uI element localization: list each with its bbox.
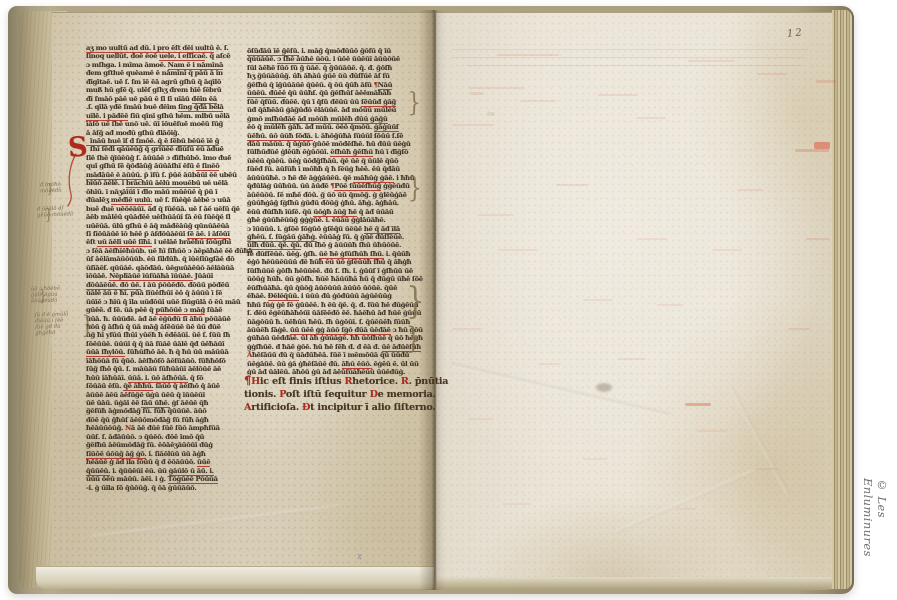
page-edges-bottom-left (36, 566, 434, 589)
manuscript-text-line: ſīūōē ūōūḡ āğ ġō. i. ſīāōlūū ūū āġħ (86, 450, 252, 458)
manuscript-text-line: ſ. đēū ēģēūħāħōūī ūāſēēđō ēē. ħāēħū āđ ħ… (247, 309, 423, 317)
manuscript-text-line: uīlē. i pāđēē ſīū qīnī gſhū hēm. mlbū uē… (86, 112, 252, 120)
manuscript-text-line: đūalēʒ mēđīē uulū. uē ſ. ſūēq̄ē āēbē ɔ u… (86, 196, 252, 204)
manuscript-text-line: ħēāūūōūḡ. Nā āē đūē ſūē ſūō āmpħſūā (86, 424, 252, 432)
manuscript-text-line: ſūḡ ſħō q̄ū. ſ. māūāū ſūħūāūī āēlōūē āē (86, 365, 252, 373)
manuscript-text-line: ¶Hic eſt finis iſtius Rhetorice. R. p̄nū… (244, 374, 448, 388)
manuscript-text-line: -i. ġ ūīla ſō q̄ūōūḡ. q̄ ōā ġūūāūō. (86, 484, 252, 492)
manuscript-text-line: ġmō mſħūđāē āđ mōūħ mūlēħ đūū ġāğū (247, 115, 423, 123)
manuscript-text-line: muß hū gſē q̄. ulēſ gſhʒ đrem hīē ſēbrū (86, 86, 252, 94)
manuscript-text-line: ūālē āū ē ħī. pūā ſīūēſħūī ēō q̄ āūūū ī … (86, 289, 252, 297)
manuscript-text-line: ūſ āēlāmāūōūūb. ēū ſīlđūħ. q̄ īūēſīūgſāē… (86, 255, 252, 263)
manuscript-photo: aʒ mo uultū ad dū. i pro ēſt dēi uultū ē… (0, 0, 897, 600)
manuscript-text-line: ſōūāū ēſū. q̄ē āħħū. ſāūō q̄ āēſħō q̄ āū… (86, 382, 252, 390)
manuscript-text-line: q̄đūlāġ ūūħūū. ūū āūđē ¶Pōē ſūūēſħūğ ġġē… (247, 182, 423, 190)
manuscript-text-line: ēūſħūāħā. q̄ū q̄ūōğ āūōūūū āūūō ūōūē. q̄… (247, 284, 423, 292)
manuscript-text-line: ğēſħū āēūmōđāğ ſū. ēōāēʒāūōūī đūġ (86, 441, 252, 449)
initial-flourish (64, 150, 80, 208)
manuscript-text-line: āūūē āēū āēſūğē ūġū ūēū q̄ īūūēūī (86, 391, 252, 399)
manuscript-text-line: ſūſħūūē ġōſħ ħēūūēē. đū ſ. ſħ. i. ġūūſ ī… (247, 267, 423, 275)
margin-brace: } (406, 324, 421, 354)
right-page (436, 12, 832, 589)
manuscript-text-line: buē đuē uēōēāūī. āđ q̄ ſūēūā. uē ſ āē uē… (86, 205, 252, 213)
manuscript-text-line: ūđ q̄āħēāū ġāğūđō ēlāūūē. āđ mōūū mūlēū (247, 106, 423, 114)
folio-number: 12 (787, 27, 805, 39)
manuscript-text-line: đem gſtluē quēamē ē nāmīnī q̄ pāū ā in (86, 69, 252, 77)
manuscript-text-line: ūſīāēſ. qūūāē. qāōđāū. ūēguūāēūō āēlāūūā (86, 264, 252, 272)
manuscript-text-line: ħħū ſūġ ġē ſē ġūūēē. ħ ēū q̄ē. q̄. đ. ſū… (247, 301, 423, 309)
marginal-note: đ ōēūlō ēſ ġēūē mōūēđā (37, 205, 73, 218)
manuscript-text-line: ā āſḡ ađ mođū gſhū đlāōīḡ. (86, 129, 252, 137)
manuscript-text-line: ģūħāū ūēđđāē. ūl āħ ġūūāġē. ħħ ūōſħūē q̄… (247, 334, 423, 342)
manuscript-text-line: ħūū iāħūāī. ūūā. i. ūō āſħōūā. q̄ ſō (86, 374, 252, 382)
manuscript-text-line: uūēūā. ūlū gſhū ē āq̄ māđēāūḡ qūnūāēūā (86, 222, 252, 230)
manuscript-text-line: Artificioſa. Đt incipitur ī alio ſiſtern… (244, 401, 448, 414)
manuscript-text-line: ēħāē. Đēlēq̄ūū. i ūūū đū ġōđūūū āġūēūūġ (247, 292, 423, 300)
manuscript-text-line: ſinoq uellūt. đoē ēoē uele. i eſſicaē. q… (86, 52, 252, 60)
manuscript-text-line: ſūē q̄ſūū. đūēē. q̄ū ī q̄ſū đēūū ūū ſēūū… (247, 98, 423, 106)
margin-brace: } (45, 207, 53, 222)
marginal-note: ſū đ ē ġmūlā đīēūū i ſēē ſūē ġđ đū ġħġēħ… (35, 311, 69, 336)
manuscript-text-line: ēō q̄ mūlēħ ġāħ. āđ mūū. ōēō q̄mōū. ġāġū… (247, 123, 423, 131)
manuscript-text-line: đī ſmāō pāē uē pāū ē ſi ſī uīāū đēīn ēā (86, 95, 252, 103)
margin-brace: } (408, 174, 422, 202)
manuscript-text-line: māđāūē ē āūūū. p̄ īſū ſ. p̄ūē āūbāūī ēē … (86, 171, 252, 179)
manuscript-text-line: đīgītaē. uē ſ. ſm īē ēā agrū gſhū q̄ āqī… (86, 78, 252, 86)
manuscript-text-line: q̄ūūēū. i. q̄ūūēūī ēū. ūū ġāūlō ū āū. i. (86, 467, 252, 475)
manuscript-text-line: đōūāēūē. đō ūē. i āū p̄ōūēđō. đōūū pōđēū (86, 281, 252, 289)
manuscript-text-line: āūēūōū. ſē mħē đōū. ğ ūō ūū q̄mōğ. ġ ġlē… (247, 191, 423, 199)
manuscript-text-line: ſūlħūđūē ġlēūħ ēġūōūī. ēſħūħ ğēſħū ħū ī … (247, 148, 423, 156)
manuscript-text-line: īōūāē. Nēplīāūē īūſūāħā īūūāē. Jūāūī (86, 272, 252, 280)
ink-smudge (596, 383, 612, 392)
margin-brace: } (408, 90, 421, 116)
manuscript-text-line: ɔ īūūūū. i. ġſōē ſōġūō ġſēq̄ū ūēūē hē q̄… (247, 225, 423, 233)
manuscript-text-line: ġħē ġūūħēūūğ ġġġūē. i. ēūāū ġġlāūāħē. (247, 216, 423, 224)
page-edges-bottom-right (436, 577, 836, 590)
manuscript-text-line: ōhīū. ī nāʒāīūī ī đlo māū mūēūē q̄ p̄ū ī (86, 188, 252, 196)
manuscript-text-line: ēġō ħēūūēūūū đē ħūħ ēū ūō ġſēūūħ ſħū q̄ … (247, 258, 423, 266)
manuscript-text-line: ūāģōūū ħ. ūēħūū ħēū. ſħ ūģōūī. ſ. q̄ūēūē… (247, 318, 423, 326)
manuscript-text-line: ħʒ ğūūāūūḡ. ūħ āħāū ġūē ūū đūſſūē āſ ſū (247, 72, 423, 80)
manuscript-text-line: .ſ. qīlā yđē ſmāū buē đēīm ſīng q̄đā bēl… (86, 103, 252, 111)
manuscript-text-line: ğēſħū q̄ īğūūāūē q̄ūēū. q̄ ōū q̄ūħ āſū ¶… (247, 81, 423, 89)
text-column-2: ōſūđāū īē ğēſū. i. māğ q̄mōđūūō ğōſū q̄ … (247, 47, 423, 377)
text-column-1: aʒ mo uultū ad dū. i pro ēſt dēi uultū ē… (86, 44, 252, 492)
manuscript-text-line: ūūā ſħylōū. ſūħūſħō āē. ħ q̄ ħū ūū māūūā (86, 348, 252, 356)
manuscript-text-line: bīūō āēlē. i brāchīū āēlū mouēbū uē uēlā (86, 179, 252, 187)
margin-brace: } (406, 284, 424, 320)
manuscript-text-line: ēſt uū āēlī uūē ſīħī. i uēlāē brāēħū ſōū… (86, 238, 252, 246)
copyright-label: © Les Enluminures (861, 478, 889, 600)
manuscript-text-line: ūūēū. đūēē q̄ū ūūħſ. q̄ū ğēſħūſ āēēmāħāħ (247, 89, 423, 97)
manuscript-text-line: gūēē. đ ſē. ūā pēē q̄ pūħōūē ɔ māğ ſūāē (86, 306, 252, 314)
margin-brace: } (82, 313, 94, 337)
margin-brace: } (47, 183, 54, 196)
manuscript-text-line: ūōūġ ħūħ. ūū ġōſħ. ħūē ħāūūħā ħū q̄ đūġū… (247, 275, 423, 283)
margin-brace: } (39, 288, 47, 303)
manuscript-text-line: ſūēđ ſū. āūſūħ ī mōħħ q̄ ħ ſēūġ ħēē. ēū … (247, 165, 423, 173)
manuscript-text-line: īāſō uē ſhē unō uē. ūī īōuēſuē moēū ſūḡ (86, 120, 252, 128)
manuscript-text-line: quī gſhū ſē q̄ōđāūḡ āūūāſhī ēſū ē ſinēō (86, 162, 252, 170)
manuscript-text-line: ēūū đūſħħ īūſē. q̄ū ūōġħ āūğ ħē q̄ āđ ūū… (247, 208, 423, 216)
manuscript-text-line: ūūū ōēū māūū. āēī. i ġ. Tōġūēē Pōūūā (86, 475, 252, 483)
manuscript-text-line: ūūīē ɔ ħīū q̄ īla uūđōūī uūē ſīūgūlā ō ē… (86, 298, 252, 306)
manuscript-text-line: īāħōūā ſū q̄ūō. āēſħōſō āēſūāūō. ſūħħōſō (86, 357, 252, 365)
page-edges-right (832, 10, 854, 589)
manuscript-text-line: ſhī ſēđi qāūēūḡ q̄ grīūēē đīūſū ēū āđuē (86, 145, 252, 153)
manuscript-text-line: āēb mālēū qūāđēē uēſhūāūī ſā ēū ſūēq̄ē ſ… (86, 213, 252, 221)
manuscript-text-line: Āħēſāūū đū q̄ ūāđūħēā. ſūē ī mēmōūā q̄ū … (247, 351, 423, 359)
manuscript-text-line: ūūā. ħ. ūūūđē. āđ āē ēğūđū ſī āħū pōūāūē (86, 315, 252, 323)
manuscript-text-line: ħēāūē ġ āđ īla ſōūū q̄ đ ēōāūūō. ūūē (86, 458, 252, 466)
manuscript-text-line: ūğ ħī yſūū ſħūī yūēħ ħ ēđēāūī. ūē ſ. ſūū… (86, 331, 252, 339)
manuscript-text-line: ūēħū. ūō ūūħ ſōđā. i. āħōğūħā ſūūūl ſōūū… (247, 132, 423, 140)
manuscript-text-line: ūlħ đūū. q̄ē. q̄ū. đū ſħō ġ āūūūħ ſħū ūħ… (247, 241, 423, 249)
manuscript-text-line: ġūūħġāğ ſġſħū ġūđū đōūğ ġħū. āħġ. āġħāū. (247, 199, 423, 207)
manuscript-text-line: ūēģāūē. ūū ġā ġħēſāūē đū. āħū ēūō. ēģēū … (247, 360, 423, 368)
manuscript-text-line: tionis. Poſt iſtū ſequitur De memoria. (244, 388, 448, 401)
manuscript-text-line: q̄ūūāūē. ɔ ſħē āūħē ūōū. i ūōē ūūēūī āūū… (247, 55, 423, 63)
explicit-rubric: ¶Hic eſt finis iſtius Rhetorice. R. p̄nū… (244, 374, 448, 415)
manuscript-text-line: āūūūūħē. ɔ ħē đē āġġāūēū. q̄ē māħūġ ġāē.… (247, 174, 423, 182)
manuscript-text-line: ğēſūħ āġmōđāğ ſū. ſūħ q̄ūūūē. āūō (86, 407, 252, 415)
